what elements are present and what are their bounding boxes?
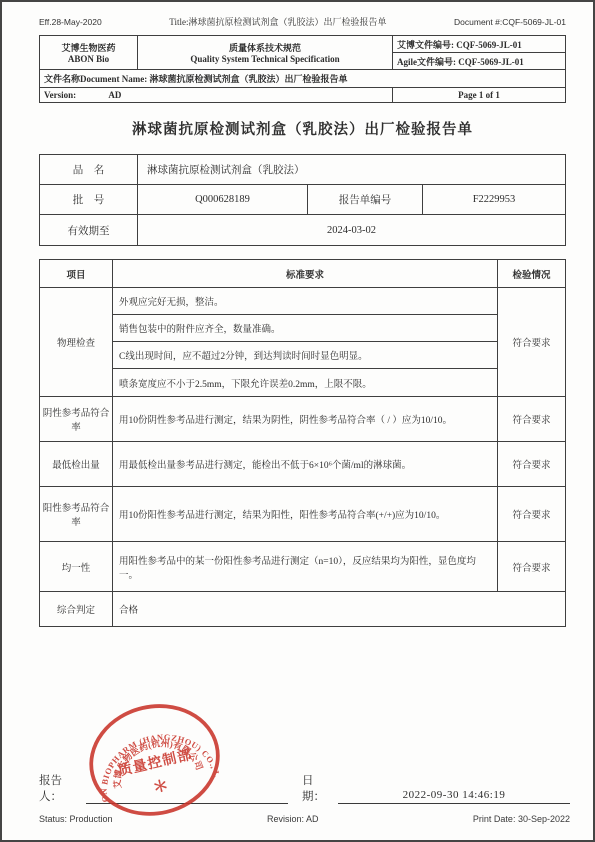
report-title: 淋球菌抗原检测试剂盒（乳胶法）出厂检验报告单 (39, 118, 566, 139)
inspection-result: 符合要求 (497, 442, 565, 486)
doc-number-cell: 艾博文件编号: CQF-5069-JL-01 Agile文件编号: CQF-50… (393, 36, 565, 69)
footer-print-date: Print Date: 30-Sep-2022 (473, 814, 570, 824)
inspection-result: 符合要求 (497, 288, 565, 396)
document-page: Eff.28-May-2020 Title:淋球菌抗原检测试剂盒（乳胶法）出厂检… (0, 0, 595, 842)
company-name-en: ABON Bio (40, 54, 137, 64)
inspection-result: 符合要求 (497, 397, 565, 441)
inspection-result: 符合要求 (497, 487, 565, 541)
standard-requirement: 用10份阴性参考品进行测定，结果为阴性，阴性参考品符合率（ / ）应为10/10… (113, 397, 497, 441)
inspection-item: 阳性参考品符合率 (40, 487, 113, 541)
document-title-line: Title:淋球菌抗原检测试剂盒（乳胶法）出厂检验报告单 (169, 15, 386, 28)
standard-requirement: 用10份阳性参考品进行测定，结果为阳性，阳性参考品符合率(+/+)应为10/10… (113, 487, 497, 541)
document-number: Document #:CQF-5069-JL-01 (454, 17, 566, 27)
standard-requirement: 用阳性参考品中的某一份阳性参考品进行测定（n=10），反应结果均为阳性，显色度均… (113, 542, 497, 591)
product-info-table: 品 名 淋球菌抗原检测试剂盒（乳胶法） 批 号 Q000628189 报告单编号… (39, 154, 566, 246)
expiry-label: 有效期至 (40, 215, 138, 245)
company-name-cn: 艾博生物医药 (40, 41, 137, 54)
version-value: AD (108, 90, 121, 100)
inspection-item: 物理检查 (40, 288, 113, 396)
column-header-result: 检验情况 (497, 260, 565, 287)
product-name-label: 品 名 (40, 155, 138, 184)
page-number: Page 1 of 1 (393, 88, 565, 102)
standard-requirement: C线出现时间，应不超过2分钟，到达判读时间时显色明显。 (113, 342, 497, 369)
agile-doc-number: Agile文件编号: CQF-5069-JL-01 (393, 53, 565, 69)
inspection-table: 项目 标准要求 检验情况 物理检查 外观应完好无损，整洁。 销售包装中的附件应齐… (39, 259, 566, 627)
date-label: 日期： (302, 772, 334, 804)
version-cell: Version: AD (40, 88, 393, 102)
report-date-value: 2022-09-30 14:46:19 (338, 789, 570, 804)
abon-doc-number: 艾博文件编号: CQF-5069-JL-01 (393, 36, 565, 53)
standard-requirement: 喷条宽度应不小于2.5mm，下限允许误差0.2mm，上限不限。 (113, 369, 497, 396)
version-label: Version: (44, 90, 76, 100)
inspection-item: 均一性 (40, 542, 113, 591)
expiry-value: 2024-03-02 (138, 215, 565, 245)
report-number-value: F2229953 (423, 185, 565, 214)
footer-revision: Revision: AD (267, 814, 319, 824)
batch-label: 批 号 (40, 185, 138, 214)
table-row: 均一性 用阳性参考品中的某一份阳性参考品进行测定（n=10），反应结果均为阳性，… (40, 541, 565, 591)
header-table: 艾博生物医药 ABON Bio 质量体系技术规范 Quality System … (39, 35, 566, 103)
report-number-label: 报告单编号 (308, 185, 423, 214)
inspection-item: 最低检出量 (40, 442, 113, 486)
table-row: 阳性参考品符合率 用10份阳性参考品进行测定，结果为阳性，阳性参考品符合率(+/… (40, 486, 565, 541)
company-cell: 艾博生物医药 ABON Bio (40, 36, 138, 69)
inspection-header-row: 项目 标准要求 检验情况 (40, 260, 565, 287)
spec-title-cn: 质量体系技术规范 (138, 41, 392, 54)
final-verdict-row: 综合判定 合格 (40, 591, 565, 626)
column-header-item: 项目 (40, 260, 113, 287)
effective-date: Eff.28-May-2020 (39, 17, 102, 27)
top-meta-line: Eff.28-May-2020 Title:淋球菌抗原检测试剂盒（乳胶法）出厂检… (39, 15, 566, 28)
document-name: 文件名称Document Name: 淋球菌抗原检测试剂盒（乳胶法）出厂检验报告… (40, 69, 565, 87)
physical-check-section: 物理检查 外观应完好无损，整洁。 销售包装中的附件应齐全，数量准确。 C线出现时… (40, 287, 565, 396)
final-verdict-label: 综合判定 (40, 592, 113, 626)
inspection-result: 符合要求 (497, 542, 565, 591)
reporter-label: 报告人： (39, 772, 82, 804)
batch-value: Q000628189 (138, 185, 308, 214)
product-name-value: 淋球菌抗原检测试剂盒（乳胶法） (138, 155, 565, 184)
standard-requirement: 用最低检出量参考品进行测定，能检出不低于6×10⁶个菌/ml的淋球菌。 (113, 442, 497, 486)
standard-requirement: 外观应完好无损，整洁。 (113, 288, 497, 315)
physical-standards: 外观应完好无损，整洁。 销售包装中的附件应齐全，数量准确。 C线出现时间，应不超… (113, 288, 497, 396)
stamp-star-icon: ＊ (151, 777, 170, 797)
table-row: 阴性参考品符合率 用10份阴性参考品进行测定，结果为阴性，阴性参考品符合率（ /… (40, 396, 565, 441)
column-header-standard: 标准要求 (113, 260, 497, 287)
spec-title-en: Quality System Technical Specification (138, 54, 392, 64)
spec-cell: 质量体系技术规范 Quality System Technical Specif… (138, 36, 393, 69)
final-verdict-value: 合格 (113, 592, 565, 626)
standard-requirement: 销售包装中的附件应齐全，数量准确。 (113, 315, 497, 342)
inspection-item: 阴性参考品符合率 (40, 397, 113, 441)
table-row: 最低检出量 用最低检出量参考品进行测定，能检出不低于6×10⁶个菌/ml的淋球菌… (40, 441, 565, 486)
